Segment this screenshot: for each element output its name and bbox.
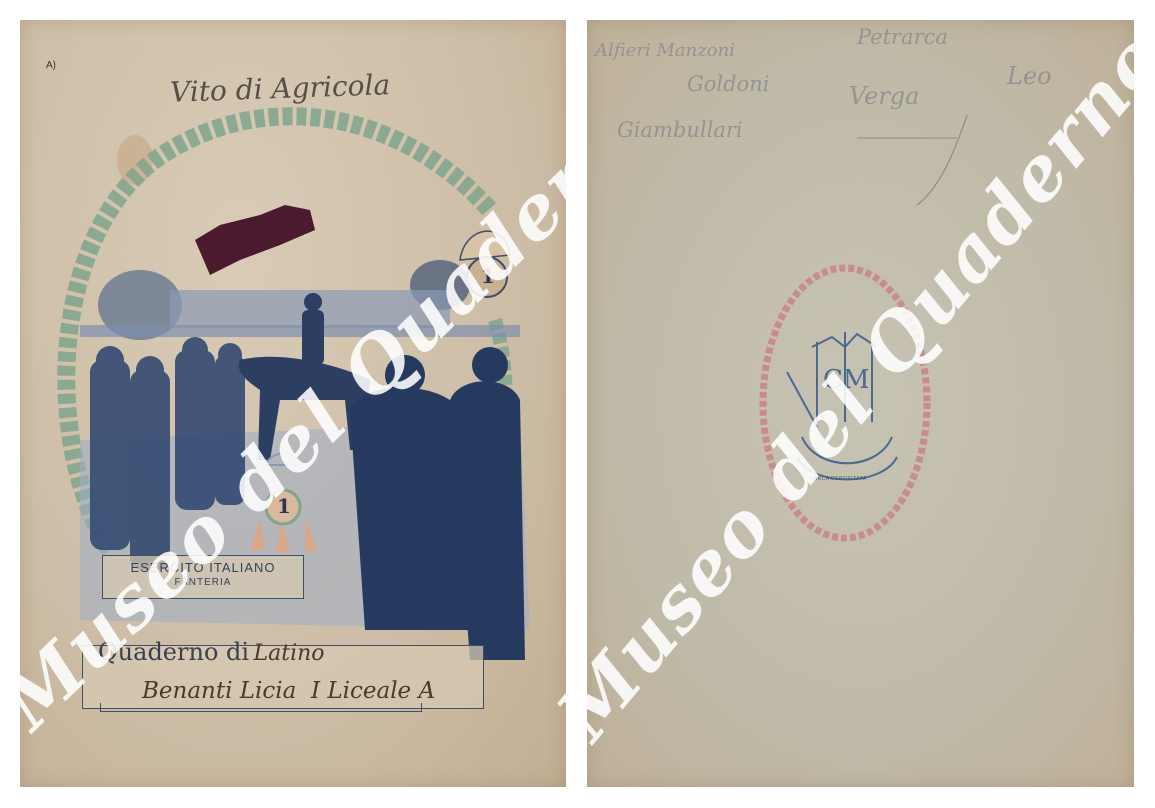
title-printed: Quaderno di <box>98 638 249 666</box>
label-line1: ESERCITO ITALIANO <box>103 560 303 575</box>
publisher-emblem <box>757 262 933 544</box>
back-cover: Alfieri Manzoni Goldoni Giambullari Petr… <box>587 20 1134 787</box>
student-line: Benanti Licia I Liceale A <box>142 678 435 704</box>
badge-number-top: 1 <box>481 264 495 288</box>
title-subject: Latino <box>254 641 325 666</box>
emblem-caption: MARCA DEPOSITATA <box>809 476 867 482</box>
military-label: ESERCITO ITALIANO FANTERIA <box>102 555 304 599</box>
label-line2: FANTERIA <box>103 577 303 588</box>
emblem-letters: CM <box>823 365 870 395</box>
title-line: Quaderno di Latino <box>98 638 325 666</box>
front-cover: A) Vito di Agricola <box>20 20 566 787</box>
badge-number-center: 1 <box>277 494 291 518</box>
